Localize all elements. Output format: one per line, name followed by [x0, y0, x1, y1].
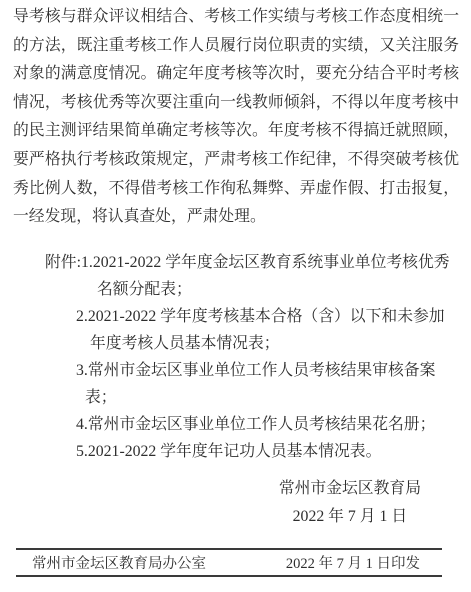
document-page: 导考核与群众评议相结合、考核工作实绩与考核工作态度相统一 的方法，既注重考核工作…	[0, 0, 471, 592]
paragraph-line: 对象的满意度情况。确定年度考核等次时，要充分结合平时考核	[13, 60, 459, 89]
attachment-item-5: 5.2021-2022 学年度年记功人员基本情况表。	[76, 438, 465, 465]
paragraph-line: 秀比例人数，不得借考核工作徇私舞弊、弄虚作假、打击报复，	[13, 175, 459, 204]
paragraph-line: 导考核与群众评议相结合、考核工作实绩与考核工作态度相统一	[13, 3, 459, 32]
paragraph-line: 一经发现，将认真查处，严肃处理。	[13, 203, 459, 232]
footer-print-date: 2022 年 7 月 1 日印发	[286, 552, 420, 573]
attachment-item-4: 4.常州市金坛区事业单位工作人员考核结果花名册；	[76, 411, 465, 438]
attachment-list: 附件:1.2021-2022 学年度金坛区教育系统事业单位考核优秀 名额分配表；…	[45, 249, 465, 465]
signature-org: 常州市金坛区教育局	[279, 475, 421, 503]
signature-date: 2022 年 7 月 1 日	[279, 503, 421, 531]
attachment-item-1-wrap: 名额分配表；	[97, 276, 465, 303]
attachment-item-3-wrap: 表；	[85, 384, 465, 411]
body-paragraph: 导考核与群众评议相结合、考核工作实绩与考核工作态度相统一 的方法，既注重考核工作…	[13, 3, 459, 232]
footer-bar: 常州市金坛区教育局办公室 2022 年 7 月 1 日印发	[16, 548, 442, 577]
paragraph-line: 情况，考核优秀等次要注重向一线教师倾斜，不得以年度考核中	[13, 89, 459, 118]
signature-block: 常州市金坛区教育局 2022 年 7 月 1 日	[279, 475, 421, 531]
attachment-item-3: 3.常州市金坛区事业单位工作人员考核结果审核备案	[76, 357, 465, 384]
attachment-label-and-item-1: 附件:1.2021-2022 学年度金坛区教育系统事业单位考核优秀	[45, 249, 465, 276]
paragraph-line: 要严格执行考核政策规定，严肃考核工作纪律，不得突破考核优	[13, 146, 459, 175]
attachment-item-2-wrap: 年度考核人员基本情况表；	[90, 330, 465, 357]
paragraph-line: 的方法，既注重考核工作人员履行岗位职责的实绩，又关注服务	[13, 32, 459, 61]
attachment-item-2: 2.2021-2022 学年度考核基本合格（含）以下和未参加	[76, 303, 465, 330]
footer-issuer: 常州市金坛区教育局办公室	[32, 552, 206, 573]
paragraph-line: 的民主测评结果简单确定考核等次。年度考核不得搞迁就照顾，	[13, 117, 459, 146]
